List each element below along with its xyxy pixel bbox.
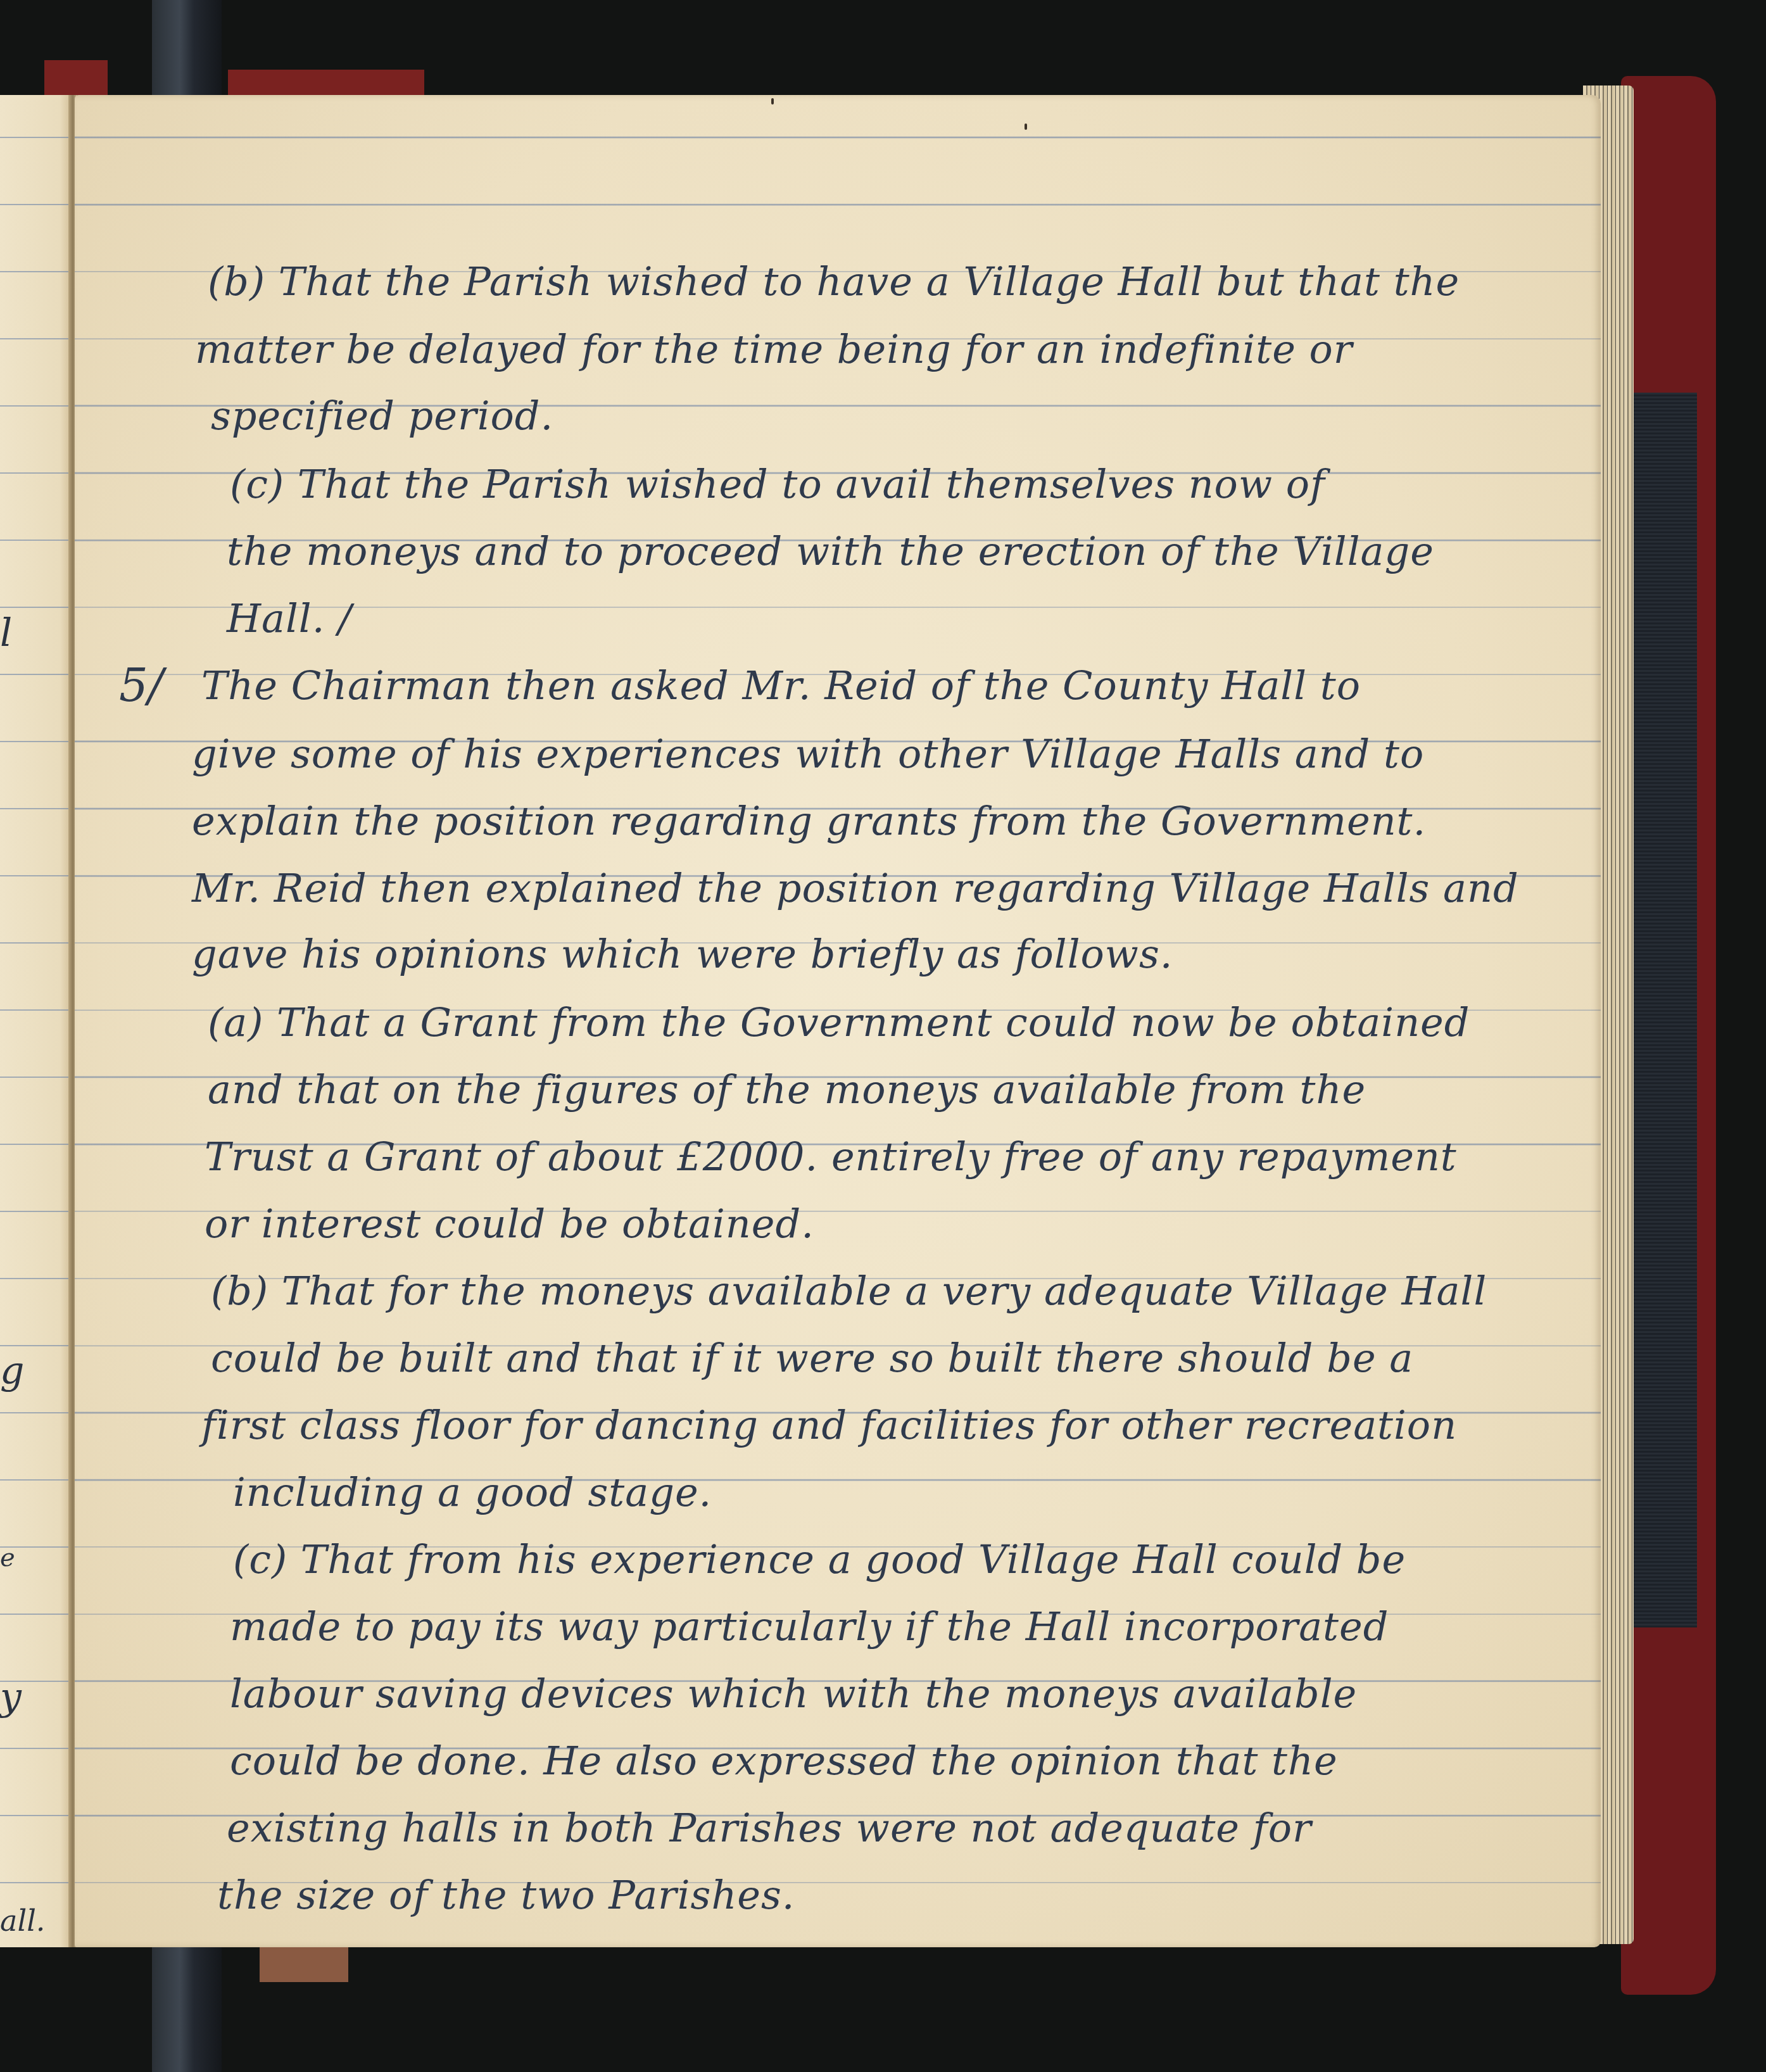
right-page: (b) That the Parish wished to have a Vil… [75, 95, 1601, 1947]
paper-speck [1025, 123, 1027, 130]
text-line: give some of his experiences with other … [192, 731, 1424, 777]
left-page-fragment: all. [0, 1906, 45, 1935]
text-line: the size of the two Parishes. [217, 1872, 795, 1918]
text-line: (c) That from his experience a good Vill… [233, 1536, 1406, 1582]
text-line: gave his opinions which were briefly as … [192, 931, 1173, 977]
text-line: Trust a Grant of about £2000. entirely f… [205, 1134, 1457, 1180]
book-spine-cloth [1627, 393, 1697, 1627]
text-line: and that on the figures of the moneys av… [208, 1066, 1366, 1113]
text-line: made to pay its way particularly if the … [230, 1603, 1389, 1650]
text-line: could be built and that if it were so bu… [211, 1335, 1413, 1381]
paper-speck [771, 98, 774, 104]
left-page-fragment: e [0, 1545, 15, 1570]
text-line: including a good stage. [233, 1469, 712, 1515]
text-line: (a) That a Grant from the Government cou… [208, 999, 1470, 1045]
cover-edge-bottom-left [260, 1944, 348, 1982]
text-line: matter be delayed for the time being for… [195, 326, 1353, 372]
left-page-fragment: g [0, 1352, 24, 1390]
item-number: 5/ [119, 659, 163, 712]
text-line: explain the position regarding grants fr… [192, 798, 1426, 844]
left-page: l g e y all. [0, 95, 75, 1947]
text-line: labour saving devices which with the mon… [230, 1671, 1357, 1717]
text-line: existing halls in both Parishes were not… [227, 1805, 1312, 1851]
text-line: (c) That the Parish wished to avail them… [230, 461, 1325, 507]
text-line: (b) That for the moneys available a very… [211, 1268, 1487, 1314]
left-page-fragment: y [0, 1678, 22, 1716]
text-line: (b) That the Parish wished to have a Vil… [208, 258, 1460, 305]
text-line: or interest could be obtained. [205, 1201, 814, 1247]
text-line: could be done. He also expressed the opi… [230, 1738, 1338, 1784]
text-line: Mr. Reid then explained the position reg… [192, 865, 1519, 911]
cover-edge-top-left [44, 60, 108, 98]
left-page-fragment: l [0, 614, 12, 652]
text-line: The Chairman then asked Mr. Reid of the … [201, 662, 1361, 709]
text-line: the moneys and to proceed with the erect… [227, 528, 1434, 574]
text-line: specified period. [211, 393, 553, 439]
text-line: Hall. / [227, 595, 352, 641]
book-cover-right [1621, 76, 1716, 1995]
text-line: first class floor for dancing and facili… [201, 1402, 1457, 1448]
